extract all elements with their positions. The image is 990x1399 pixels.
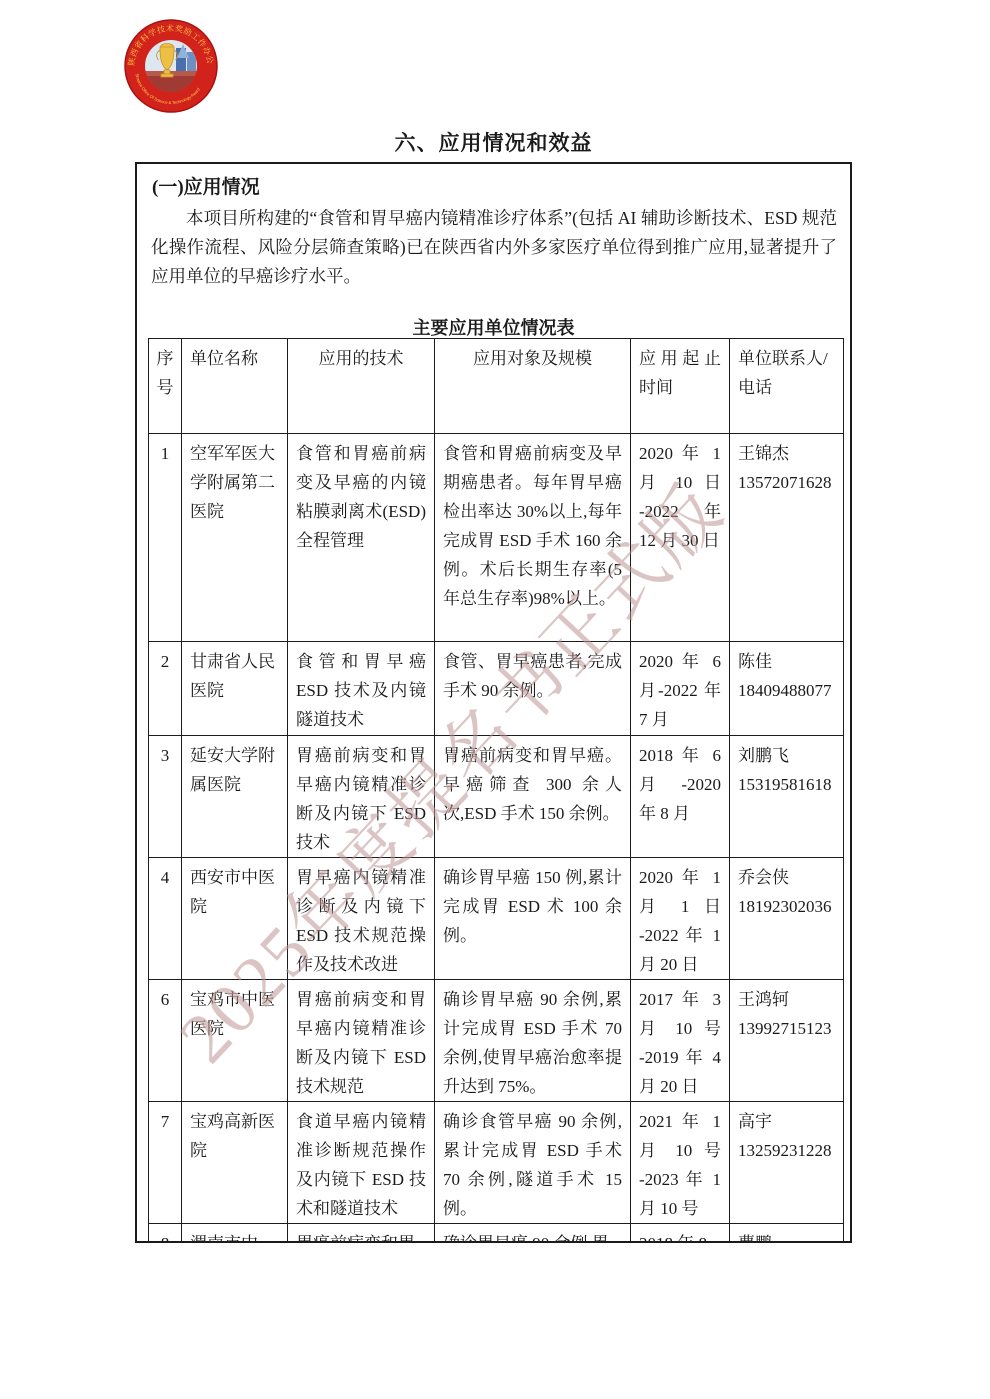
- col-header-no: 序号: [149, 339, 182, 434]
- unit-name: 宝鸡高新医院: [182, 1102, 288, 1224]
- contact-phone: 18192302036: [738, 892, 835, 921]
- contact-phone: 13992715123: [738, 1014, 835, 1043]
- application-scope: 确诊胃早癌 90 余例,累计完成胃 ESD 手术 70 余例,使胃早癌治愈率提升…: [435, 980, 631, 1102]
- contact-phone: 18409488077: [738, 676, 835, 705]
- col-header-contact: 单位联系人/电话: [730, 339, 844, 434]
- application-scope: 食管和胃癌前病变及早期癌患者。每年胃早癌检出率达 30%以上,每年完成胃 ESD…: [435, 434, 631, 642]
- applied-technology: 食管和胃癌前病变及早癌的内镜粘膜剥离术(ESD)全程管理: [288, 434, 435, 642]
- application-scope: 确诊食管早癌 90 余例,累计完成胃 ESD 手术 70 余例,隧道手术 15 …: [435, 1102, 631, 1224]
- contact-name: 王鸿轲: [738, 985, 835, 1014]
- application-scope: 确诊胃早癌 150 例,累计完成胃 ESD 术 100 余例。: [435, 858, 631, 980]
- application-period: 2018 年 6 月 -2020 年 8 月: [631, 736, 730, 858]
- row-index: 3: [149, 736, 182, 858]
- application-period: 2020 年 1 月 10 日 -2022 年 12 月 30 日: [631, 434, 730, 642]
- intro-paragraph: 本项目所构建的“食管和胃早癌内镜精准诊疗体系”(包括 AI 辅助诊断技术、ESD…: [151, 204, 837, 291]
- applied-technology: 食道早癌内镜精准诊断规范操作及内镜下 ESD 技术和隧道技术: [288, 1102, 435, 1224]
- unit-name: 宝鸡市中医医院: [182, 980, 288, 1102]
- row-index: 6: [149, 980, 182, 1102]
- table-row: 4西安市中医院胃早癌内镜精准诊断及内镜下 ESD 技术规范操作及技术改进确诊胃早…: [149, 858, 844, 980]
- row-index: 7: [149, 1102, 182, 1224]
- contact-name: 刘鹏飞: [738, 741, 835, 770]
- table-title: 主要应用单位情况表: [137, 314, 850, 340]
- table-row: 2甘肃省人民医院食管和胃早癌 ESD 技术及内镜隧道技术食管、胃早癌患者,完成手…: [149, 642, 844, 736]
- application-scope: 食管、胃早癌患者,完成手术 90 余例。: [435, 642, 631, 736]
- unit-name: 延安大学附属医院: [182, 736, 288, 858]
- section-heading: (一)应用情况: [152, 172, 850, 199]
- application-period: 2017 年 3 月 10 号 -2019 年 4 月 20 日: [631, 980, 730, 1102]
- applied-technology: 胃癌前病变和胃早癌内镜精准诊断及内镜下 ESD 技术: [288, 736, 435, 858]
- row-index: 1: [149, 434, 182, 642]
- page-title: 六、应用情况和效益: [135, 127, 852, 157]
- table-row: 8渭南市中胃癌前病变和胃确诊胃早癌 90 余例,累2018 年 8曹鹏: [149, 1224, 844, 1244]
- content-box: (一)应用情况 本项目所构建的“食管和胃早癌内镜精准诊疗体系”(包括 AI 辅助…: [135, 162, 852, 1243]
- contact: 高宇13259231228: [730, 1102, 844, 1224]
- col-header-period: 应用起止时间: [631, 339, 730, 434]
- header-row: 序号单位名称应用的技术应用对象及规模应用起止时间单位联系人/电话: [149, 339, 844, 434]
- seal-center-image: [145, 40, 197, 92]
- col-header-unit: 单位名称: [182, 339, 288, 434]
- org-seal-logo: 陕西省科学技术奖励工作办公室 Shaanxi Office Of Science…: [123, 18, 219, 114]
- row-index: 8: [149, 1224, 182, 1244]
- unit-name: 渭南市中: [182, 1224, 288, 1244]
- contact-name: 高宇: [738, 1107, 835, 1136]
- application-period: 2020 年 1 月 1 日 -2022 年 1 月 20 日: [631, 858, 730, 980]
- contact-name: 王锦杰: [738, 439, 835, 468]
- application-period: 2020 年 6 月-2022 年 7 月: [631, 642, 730, 736]
- application-scope: 确诊胃早癌 90 余例,累: [435, 1224, 631, 1244]
- contact-phone: 13572071628: [738, 468, 835, 497]
- contact-name: 曹鹏: [738, 1229, 835, 1243]
- unit-name: 西安市中医院: [182, 858, 288, 980]
- col-header-scope: 应用对象及规模: [435, 339, 631, 434]
- table-row: 6宝鸡市中医医院胃癌前病变和胃早癌内镜精准诊断及内镜下 ESD 技术规范确诊胃早…: [149, 980, 844, 1102]
- table-row: 3延安大学附属医院胃癌前病变和胃早癌内镜精准诊断及内镜下 ESD 技术胃癌前病变…: [149, 736, 844, 858]
- unit-name: 空军军医大学附属第二医院: [182, 434, 288, 642]
- contact-phone: 15319581618: [738, 770, 835, 799]
- contact-name: 乔会侠: [738, 863, 835, 892]
- contact: 王锦杰13572071628: [730, 434, 844, 642]
- application-scope: 胃癌前病变和胃早癌。早癌筛查 300 余人次,ESD 手术 150 余例。: [435, 736, 631, 858]
- row-index: 2: [149, 642, 182, 736]
- contact-phone: 13259231228: [738, 1136, 835, 1165]
- contact: 曹鹏: [730, 1224, 844, 1244]
- contact: 刘鹏飞15319581618: [730, 736, 844, 858]
- contact: 王鸿轲13992715123: [730, 980, 844, 1102]
- applied-technology: 胃癌前病变和胃: [288, 1224, 435, 1244]
- application-period: 2018 年 8: [631, 1224, 730, 1244]
- applied-technology: 胃早癌内镜精准诊断及内镜下 ESD 技术规范操作及技术改进: [288, 858, 435, 980]
- contact: 陈佳18409488077: [730, 642, 844, 736]
- table-row: 1空军军医大学附属第二医院食管和胃癌前病变及早癌的内镜粘膜剥离术(ESD)全程管…: [149, 434, 844, 642]
- application-period: 2021 年 1 月 10 号 -2023 年 1 月 10 号: [631, 1102, 730, 1224]
- row-index: 4: [149, 858, 182, 980]
- applied-technology: 胃癌前病变和胃早癌内镜精准诊断及内镜下 ESD 技术规范: [288, 980, 435, 1102]
- col-header-tech: 应用的技术: [288, 339, 435, 434]
- unit-name: 甘肃省人民医院: [182, 642, 288, 736]
- table-row: 7宝鸡高新医院食道早癌内镜精准诊断规范操作及内镜下 ESD 技术和隧道技术确诊食…: [149, 1102, 844, 1224]
- contact-name: 陈佳: [738, 647, 835, 676]
- applied-technology: 食管和胃早癌 ESD 技术及内镜隧道技术: [288, 642, 435, 736]
- units-table: 序号单位名称应用的技术应用对象及规模应用起止时间单位联系人/电话 1空军军医大学…: [148, 338, 844, 1243]
- contact: 乔会侠18192302036: [730, 858, 844, 980]
- seal-icon: 陕西省科学技术奖励工作办公室 Shaanxi Office Of Science…: [123, 18, 219, 114]
- units-table-body: 1空军军医大学附属第二医院食管和胃癌前病变及早癌的内镜粘膜剥离术(ESD)全程管…: [149, 434, 844, 1244]
- document-page: 陕西省科学技术奖励工作办公室 Shaanxi Office Of Science…: [0, 0, 990, 1399]
